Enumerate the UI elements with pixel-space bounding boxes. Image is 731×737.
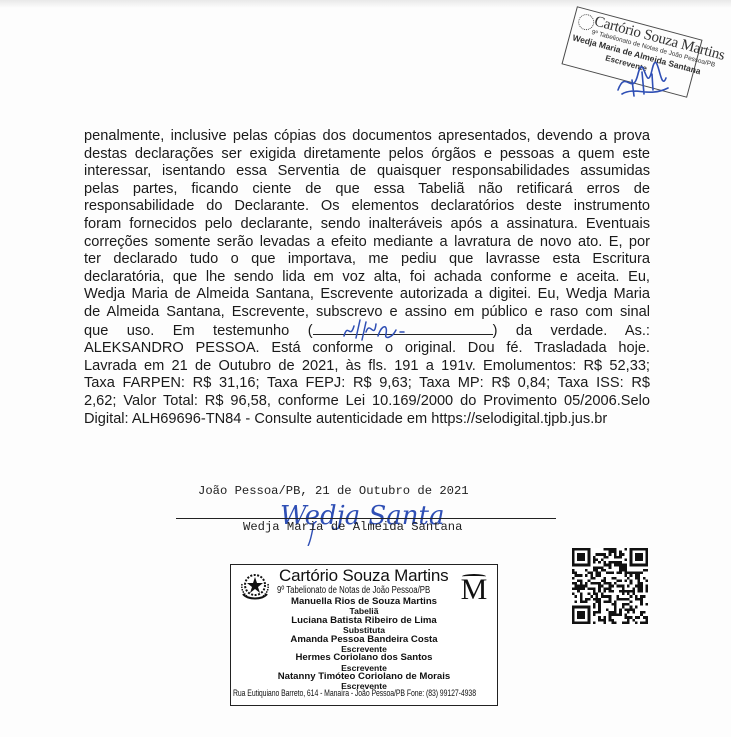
qr-code-icon (570, 548, 650, 624)
body-line: Taxa FARPEN: R$ 31,16; Taxa FEPJ: R$ 9,6… (84, 375, 650, 393)
body-line: destas declarações ser exigida diretamen… (84, 146, 650, 164)
body-line: declaratória, que lhe sendo lida em voz … (84, 269, 650, 287)
body-line: responsabilidade do Declarante. Os eleme… (84, 198, 650, 216)
body-line: foram fornecidos pelo declarante, sendo … (84, 216, 650, 234)
office-address: Rua Eutiquiano Barreto, 614 - Manaíra - … (233, 688, 422, 699)
body-line: penalmente, inclusive pelas cópias dos d… (84, 128, 650, 146)
testimony-suffix: ) da verdade. As.: (493, 323, 650, 339)
body-line: Wedja Maria de Almeida Santana, Escreven… (84, 286, 650, 304)
page-top-shadow (0, 0, 731, 8)
body-line: pelas partes, ficando ciente de que essa… (84, 181, 650, 199)
body-line: Lavrada em 21 de Outubro de 2021, às fls… (84, 358, 650, 376)
signature-line (176, 518, 556, 519)
notary-office-stamp: Cartório Souza Martins 9º Tabelionato de… (230, 564, 498, 706)
body-line: 2,62; Valor Total: R$ 96,58, conforme Le… (84, 393, 650, 411)
body-line: correções somente serão levadas a efeito… (84, 234, 650, 252)
testimony-prefix: que uso. Em testemunho ( (84, 323, 313, 339)
staff-list: Manuella Rios de Souza Martins Tabeliã L… (231, 597, 497, 691)
deed-body-text: penalmente, inclusive pelas cópias dos d… (84, 128, 650, 428)
initials-signature-icon (612, 60, 672, 100)
body-line-last: Digital: ALH69696-TN84 - Consulte autent… (84, 411, 650, 429)
body-line: ter declarado tudo o que importava, me p… (84, 251, 650, 269)
rubric-signature-icon (340, 318, 410, 344)
signer-name: Wedja Maria de Almeida Santana (243, 520, 462, 534)
office-title: Cartório Souza Martins (279, 566, 448, 586)
office-subtitle: 9º Tabelionato de Notas de João Pessoa/P… (277, 585, 430, 596)
body-line: interessar, isentando essa Serventia de … (84, 163, 650, 181)
